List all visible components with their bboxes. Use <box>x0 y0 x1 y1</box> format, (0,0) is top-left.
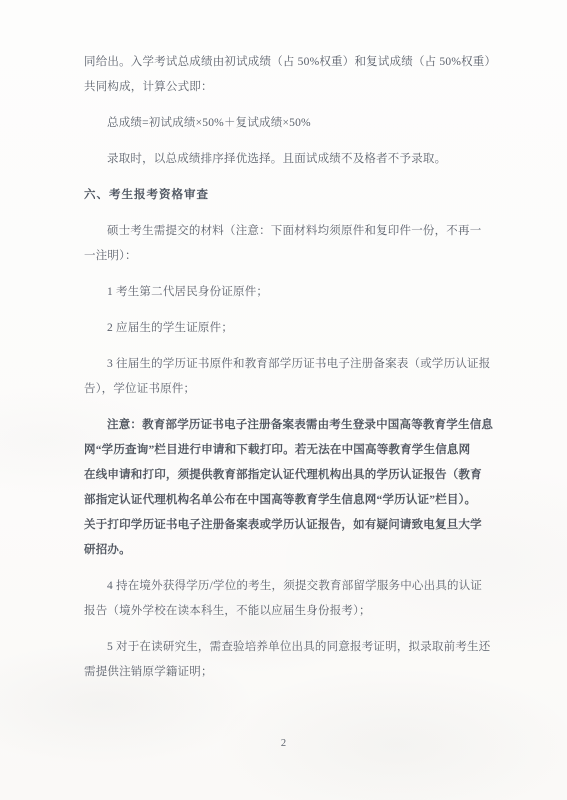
text-line: 报告（境外学校在读本科生，不能以应届生身份报考）； <box>84 599 504 624</box>
paragraph: 硕士考生需提交的材料（注意：下面材料均须原件和复印件一份，不再一一注明）： <box>84 219 504 269</box>
paragraph: 4 持在境外获得学历/学位的考生，须提交教育部留学服务中心出具的认证报告（境外学… <box>84 574 504 624</box>
text-line: 1 考生第二代居民身份证原件； <box>84 280 504 305</box>
text-line: 硕士考生需提交的材料（注意：下面材料均须原件和复印件一份，不再一 <box>84 219 504 244</box>
text-line: 同给出。入学考试总成绩由初试成绩（占 50%权重）和复试成绩（占 50%权重） <box>84 50 504 75</box>
text-line: 一注明）： <box>84 244 504 269</box>
text-line: 六、考生报考资格审查 <box>84 183 504 208</box>
paragraph: 3 往届生的学历证书原件和教育部学历证书电子注册备案表（或学历认证报告），学位证… <box>84 352 504 402</box>
text-line: 录取时，以总成绩排序择优选择。且面试成绩不及格者不予录取。 <box>84 147 504 172</box>
paragraph: 1 考生第二代居民身份证原件； <box>84 280 504 305</box>
text-line: 部指定认证代理机构名单公布在中国高等教育学生信息网“学历认证”栏目）。 <box>84 488 504 513</box>
text-line: 研招办。 <box>84 538 504 563</box>
document-body: 同给出。入学考试总成绩由初试成绩（占 50%权重）和复试成绩（占 50%权重）共… <box>84 50 504 685</box>
paragraph: 同给出。入学考试总成绩由初试成绩（占 50%权重）和复试成绩（占 50%权重）共… <box>84 50 504 100</box>
text-line: 5 对于在读研究生，需查验培养单位出具的同意报考证明，拟录取前考生还 <box>84 635 504 660</box>
text-line: 3 往届生的学历证书原件和教育部学历证书电子注册备案表（或学历认证报 <box>84 352 504 377</box>
text-line: 告），学位证书原件； <box>84 377 504 402</box>
text-line: 总成绩=初试成绩×50%＋复试成绩×50% <box>84 111 504 136</box>
text-line: 关于打印学历证书电子注册备案表或学历认证报告，如有疑问请致电复旦大学 <box>84 513 504 538</box>
text-line: 2 应届生的学生证原件； <box>84 316 504 341</box>
text-line: 4 持在境外获得学历/学位的考生，须提交教育部留学服务中心出具的认证 <box>84 574 504 599</box>
paragraph: 录取时，以总成绩排序择优选择。且面试成绩不及格者不予录取。 <box>84 147 504 172</box>
text-line: 需提供注销原学籍证明； <box>84 660 504 685</box>
paragraph: 总成绩=初试成绩×50%＋复试成绩×50% <box>84 111 504 136</box>
text-line: 注意：教育部学历证书电子注册备案表需由考生登录中国高等教育学生信息 <box>84 413 504 438</box>
paragraph: 5 对于在读研究生，需查验培养单位出具的同意报考证明，拟录取前考生还需提供注销原… <box>84 635 504 685</box>
paragraph: 2 应届生的学生证原件； <box>84 316 504 341</box>
text-line: 共同构成，计算公式即： <box>84 75 504 100</box>
paragraph: 注意：教育部学历证书电子注册备案表需由考生登录中国高等教育学生信息网“学历查询”… <box>84 413 504 563</box>
section-heading: 六、考生报考资格审查 <box>84 183 504 208</box>
scanned-document-page: 同给出。入学考试总成绩由初试成绩（占 50%权重）和复试成绩（占 50%权重）共… <box>0 0 567 800</box>
text-line: 网“学历查询”栏目进行申请和下载打印。若无法在中国高等教育学生信息网 <box>84 438 504 463</box>
text-line: 在线申请和打印，须提供教育部指定认证代理机构出具的学历认证报告（教育 <box>84 463 504 488</box>
page-number: 2 <box>0 738 567 749</box>
